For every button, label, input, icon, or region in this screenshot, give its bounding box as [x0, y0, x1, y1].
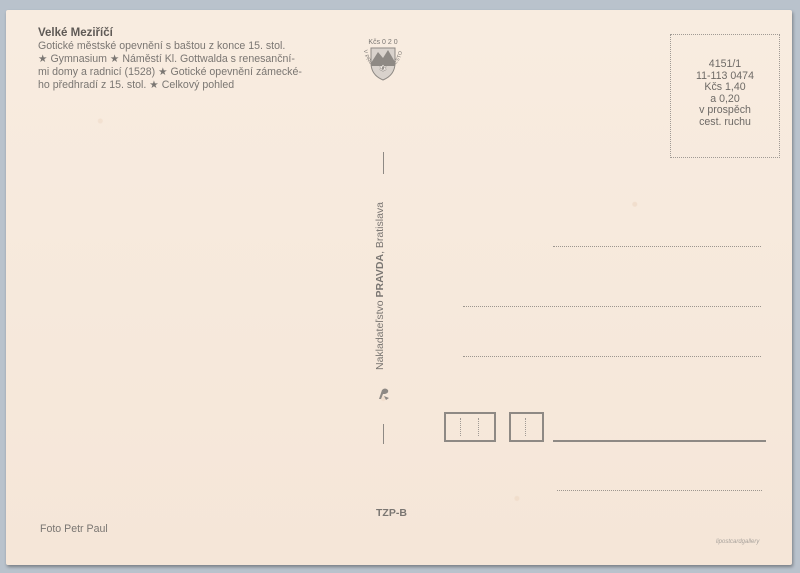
- divider-top: [383, 152, 384, 174]
- print-code: TZP-B: [376, 507, 407, 519]
- price: Kčs 1,40: [671, 82, 779, 94]
- address-line-3: [463, 356, 761, 357]
- divider-bottom: [383, 424, 384, 444]
- watermark: lipostcardgallery: [716, 539, 759, 545]
- tourism-emblem-icon: V PROSPĚCH CESTOVNÍHO RUCHU Kčs 0 2 0: [358, 36, 408, 90]
- address-line-2: [463, 306, 761, 307]
- postal-code-box-2: [509, 412, 544, 442]
- publisher-prefix: Nakladateľstvo: [374, 297, 386, 370]
- stamp-area: 4151/1 11-113 0474 Kčs 1,40 a 0,20 v pro…: [670, 34, 780, 158]
- publisher-city: , Bratislava: [374, 202, 386, 254]
- pravda-publisher-logo-icon: [376, 386, 392, 402]
- svg-text:Kčs 0 2 0: Kčs 0 2 0: [368, 39, 397, 46]
- address-line-1: [553, 246, 761, 247]
- surcharge-purpose: v prospěch: [671, 105, 779, 117]
- place-title: Velké Meziříčí: [38, 27, 113, 39]
- description: Gotické městské opevnění s baštou z konc…: [38, 40, 338, 92]
- photo-credit: Foto Petr Paul: [40, 523, 108, 535]
- description-line: ho předhradí z 15. stol. ★ Celkový pohle…: [38, 79, 338, 92]
- description-line: Gotické městské opevnění s baštou z konc…: [38, 40, 338, 53]
- address-line-city: [553, 440, 766, 442]
- surcharge-purpose-2: cest. ruchu: [671, 117, 779, 129]
- postal-code-box: [444, 412, 496, 442]
- description-line: ★ Gymnasium ★ Náměstí Kl. Gottwalda s re…: [38, 53, 338, 66]
- publisher-name: PRAVDA: [374, 254, 386, 298]
- address-line-5: [557, 490, 762, 491]
- description-line: mi domy a radnicí (1528) ★ Gotické opevn…: [38, 66, 338, 79]
- catalog-number: 4151/1: [671, 59, 779, 71]
- publisher-text: Nakladateľstvo PRAVDA, Bratislava: [374, 202, 386, 370]
